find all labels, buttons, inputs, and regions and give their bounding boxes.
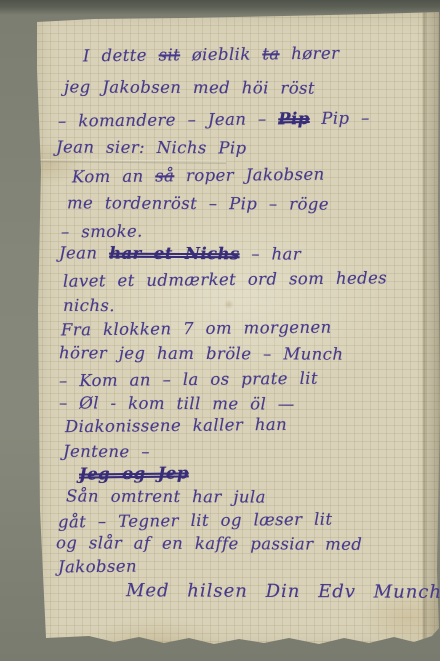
manuscript-line: gåt – Tegner lit og læser lit [58,509,333,534]
manuscript-line: Sån omtrent har jula [66,485,266,508]
handwritten-text: Jean sier: Nichs Pip [56,138,247,158]
manuscript-line: Jakobsen [58,556,137,579]
handwritten-text: hörer jeg ham bröle – Munch [59,343,343,363]
manuscript-line: I dette sit øieblik ta hører [83,43,340,68]
handwritten-text: jeg Jakobsen med höi röst [64,77,315,97]
handwritten-text: – har [240,244,302,263]
handwritten-text: – smoke. [61,222,143,242]
manuscript-line: Diakonissene kaller han [65,414,287,438]
handwritten-text: Pip – [310,108,370,128]
struck-out-text: så [155,166,174,185]
struck-out-text: Pip [278,109,310,128]
manuscript-text: I dette sit øieblik ta hørerjeg Jakobsen… [0,0,440,661]
manuscript-line: – Kom an – la os prate lit [59,368,318,393]
manuscript-line: Fra klokken 7 om morgenen [61,317,332,342]
struck-out-text: Jeg og Jep [79,463,189,483]
struck-out-text: har et Nichs [109,244,240,264]
handwritten-text: nichs. [63,296,115,315]
handwritten-text: – Kom an – la os prate lit [59,369,318,391]
handwritten-text: Jakobsen [58,557,137,577]
handwritten-text: Kom an [72,166,155,186]
photo-backdrop: I dette sit øieblik ta hørerjeg Jakobsen… [0,0,440,661]
manuscript-line: Kom an så roper Jakobsen [72,164,325,189]
manuscript-line: – komandere – Jean – Pip Pip – [58,107,370,132]
handwritten-text: I dette [83,46,159,66]
handwritten-text: Med hilsen Din Edv Munch [126,580,440,603]
handwritten-text: hører [280,44,340,64]
signature-line: Med hilsen Din Edv Munch [126,580,440,604]
handwritten-text: Jentene – [63,442,150,461]
handwritten-text: Diakonissene kaller han [65,415,287,436]
manuscript-line: Jean sier: Nichs Pip [56,137,247,160]
manuscript-line: jeg Jakobsen med höi röst [64,76,315,99]
manuscript-line: og slår af en kaffe passiar med [56,532,362,556]
manuscript-line: me tordenröst – Pip – röge [67,192,329,215]
handwritten-text: og slår af en kaffe passiar med [56,533,362,554]
manuscript-line: Jeg og Jep [79,462,189,485]
handwritten-text: gåt – Tegner lit og læser lit [58,510,333,532]
struck-out-text: ta [262,44,279,63]
handwritten-text: øieblik [180,44,262,64]
handwritten-text: – Øl - kom till me öl — [59,393,295,413]
manuscript-line: lavet et udmærket ord som hedes [63,267,387,292]
handwritten-text: roper Jakobsen [174,165,325,186]
manuscript-line: – Øl - kom till me öl — [59,392,295,415]
handwritten-text: – komandere – Jean – [58,109,278,130]
manuscript-line: Jean har et Nichs – har [59,242,301,265]
manuscript-line: nichs. [63,295,115,317]
handwritten-text: Jean [59,243,109,262]
handwritten-text: me tordenröst – Pip – röge [67,193,329,213]
manuscript-line: hörer jeg ham bröle – Munch [59,342,343,365]
handwritten-text: Fra klokken 7 om morgenen [61,318,332,340]
handwritten-text: lavet et udmærket ord som hedes [63,268,387,290]
struck-out-text: sit [158,45,180,64]
manuscript-line: – smoke. [61,221,143,244]
handwritten-text: Sån omtrent har jula [66,486,266,506]
manuscript-line: Jentene – [63,441,150,463]
